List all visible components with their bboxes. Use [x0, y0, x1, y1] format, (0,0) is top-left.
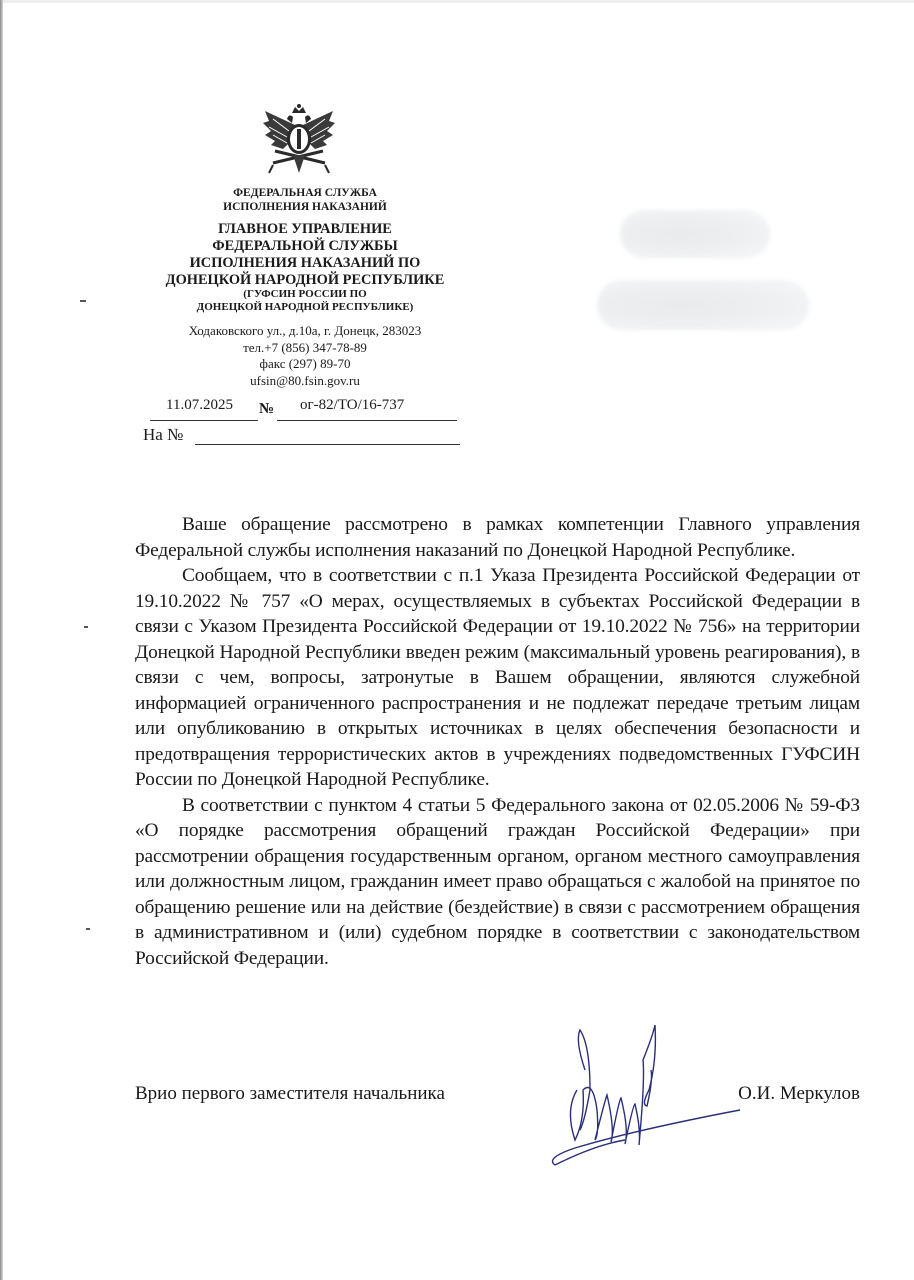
reference-label: На №	[143, 425, 183, 445]
scan-speck	[84, 626, 88, 628]
outgoing-number: ог-82/ТО/16-737	[300, 397, 404, 414]
date-underline	[150, 420, 258, 421]
authority-short-line: ДОНЕЦКОЙ НАРОДНОЙ РЕСПУБЛИКЕ)	[140, 301, 470, 314]
body-paragraph: Ваше обращение рассмотрено в рамках комп…	[135, 512, 860, 563]
phone: тел.+7 (856) 347-78-89	[140, 340, 470, 357]
scan-speck	[80, 300, 86, 302]
service-name: ФЕДЕРАЛЬНАЯ СЛУЖБА ИСПОЛНЕНИЯ НАКАЗАНИЙ	[140, 187, 470, 214]
contact-details: Ходаковского ул., д.10а, г. Донецк, 2830…	[140, 323, 470, 389]
signer-title: Врио первого заместителя начальника	[135, 1083, 445, 1105]
redacted-recipient-line	[620, 210, 770, 258]
authority-name-line: ГЛАВНОЕ УПРАВЛЕНИЕ	[140, 221, 470, 238]
scan-edge-top	[0, 0, 914, 3]
body-paragraph: Сообщаем, что в соответствии с п.1 Указа…	[135, 563, 860, 793]
authority-name: ГЛАВНОЕ УПРАВЛЕНИЕ ФЕДЕРАЛЬНОЙ СЛУЖБЫ ИС…	[140, 221, 470, 289]
number-underline	[277, 420, 457, 421]
scan-speck	[86, 928, 90, 930]
handwritten-signature-icon	[535, 1020, 755, 1170]
authority-short-line: (ГУФСИН РОССИИ ПО	[140, 288, 470, 301]
registration-line: 11.07.2025 № ог-82/ТО/16-737	[150, 397, 460, 421]
signer-name: О.И. Меркулов	[738, 1083, 860, 1105]
letter-date: 11.07.2025	[166, 397, 233, 414]
fsin-emblem-icon	[259, 103, 339, 181]
reference-line: На №	[143, 425, 463, 447]
reference-blank	[195, 444, 460, 445]
service-name-line: ФЕДЕРАЛЬНАЯ СЛУЖБА	[140, 187, 470, 201]
email: ufsin@80.fsin.gov.ru	[140, 373, 470, 390]
fax: факс (297) 89-70	[140, 356, 470, 373]
body-paragraph: В соответствии с пунктом 4 статьи 5 Феде…	[135, 793, 860, 972]
number-sign: №	[259, 401, 274, 418]
authority-name-line: ИСПОЛНЕНИЯ НАКАЗАНИЙ ПО	[140, 255, 470, 272]
redacted-recipient-line	[597, 280, 809, 330]
authority-short-name: (ГУФСИН РОССИИ ПО ДОНЕЦКОЙ НАРОДНОЙ РЕСП…	[140, 288, 470, 314]
authority-name-line: ДОНЕЦКОЙ НАРОДНОЙ РЕСПУБЛИКЕ	[140, 272, 470, 289]
scan-edge-left	[0, 0, 3, 1280]
address: Ходаковского ул., д.10а, г. Донецк, 2830…	[140, 323, 470, 340]
authority-name-line: ФЕДЕРАЛЬНОЙ СЛУЖБЫ	[140, 238, 470, 255]
service-name-line: ИСПОЛНЕНИЯ НАКАЗАНИЙ	[140, 201, 470, 215]
letter-body: Ваше обращение рассмотрено в рамках комп…	[135, 512, 860, 971]
